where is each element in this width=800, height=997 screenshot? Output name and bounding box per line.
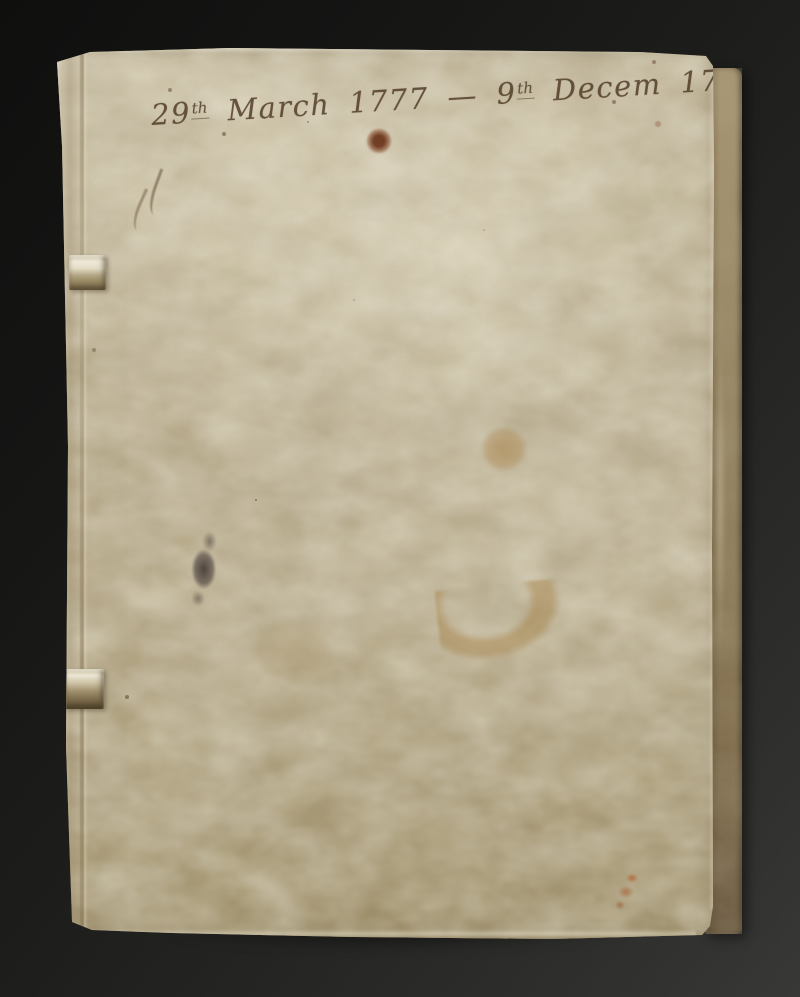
inscription-day: 29 bbox=[150, 96, 192, 132]
photograph-backdrop: 29th March 1777 — 9th Decem 1798 bbox=[0, 0, 800, 997]
clasp-remnant-top bbox=[69, 255, 106, 290]
inscription-ordinal-1: th bbox=[190, 98, 209, 119]
front-cover: 29th March 1777 — 9th Decem 1798 bbox=[52, 46, 716, 942]
orange-corner-mark bbox=[608, 870, 648, 910]
parchment-texture bbox=[52, 46, 716, 942]
red-ink-spot bbox=[366, 128, 392, 154]
top-edge-highlight bbox=[60, 46, 700, 54]
text-block-sheen bbox=[713, 288, 727, 708]
clasp-remnant-bottom bbox=[65, 669, 104, 709]
ink-blot-stain bbox=[184, 514, 228, 606]
spine-fold-highlight bbox=[52, 56, 78, 928]
crescent-stain bbox=[435, 577, 578, 698]
spine-crease-line bbox=[80, 52, 84, 930]
fly-specks bbox=[168, 88, 172, 92]
inscription-ordinal-2: th bbox=[516, 78, 535, 99]
faint-stain bbox=[238, 606, 346, 694]
round-stain bbox=[472, 418, 536, 480]
